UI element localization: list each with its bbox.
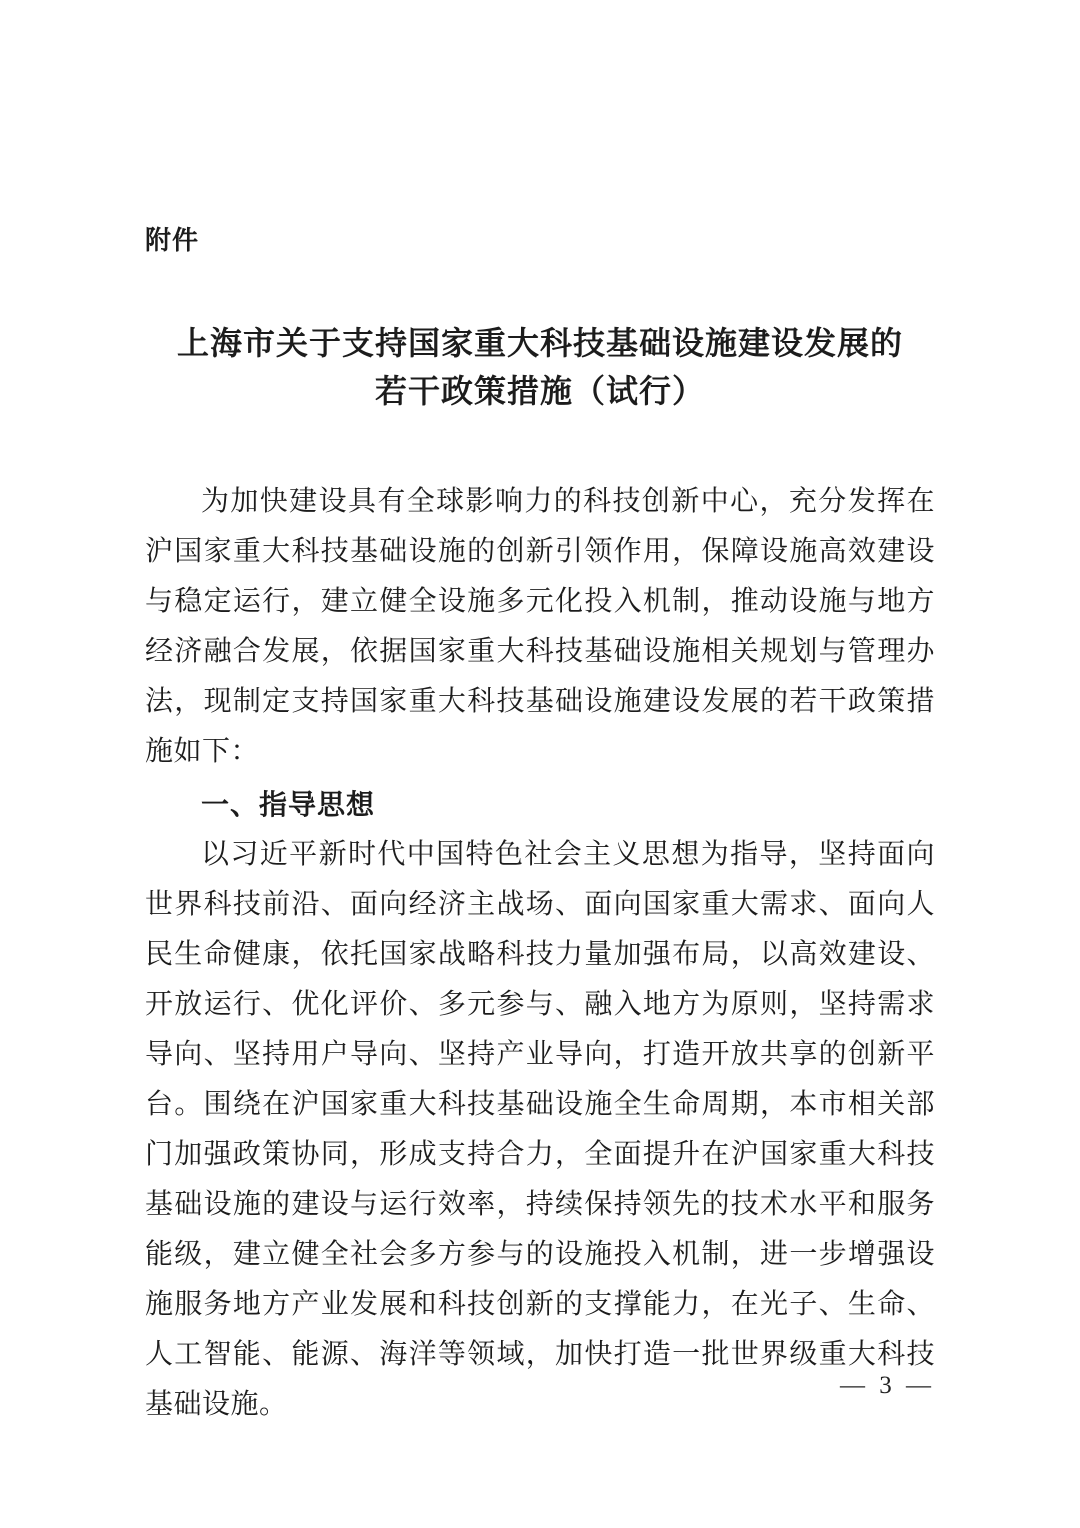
document-title-line-2: 若干政策措施（试行） xyxy=(145,367,935,415)
section-1-paragraph: 以习近平新时代中国特色社会主义思想为指导，坚持面向世界科技前沿、面向经济主战场、… xyxy=(145,830,935,1430)
attachment-label: 附件 xyxy=(145,225,935,255)
intro-paragraph: 为加快建设具有全球影响力的科技创新中心，充分发挥在沪国家重大科技基础设施的创新引… xyxy=(145,477,935,777)
document-title-line-1: 上海市关于支持国家重大科技基础设施建设发展的 xyxy=(145,319,935,367)
document-page: 附件 上海市关于支持国家重大科技基础设施建设发展的 若干政策措施（试行） 为加快… xyxy=(0,0,1080,1528)
section-1-heading: 一、指导思想 xyxy=(145,780,935,830)
document-title: 上海市关于支持国家重大科技基础设施建设发展的 若干政策措施（试行） xyxy=(145,319,935,415)
page-number: — 3 — xyxy=(840,1372,935,1400)
